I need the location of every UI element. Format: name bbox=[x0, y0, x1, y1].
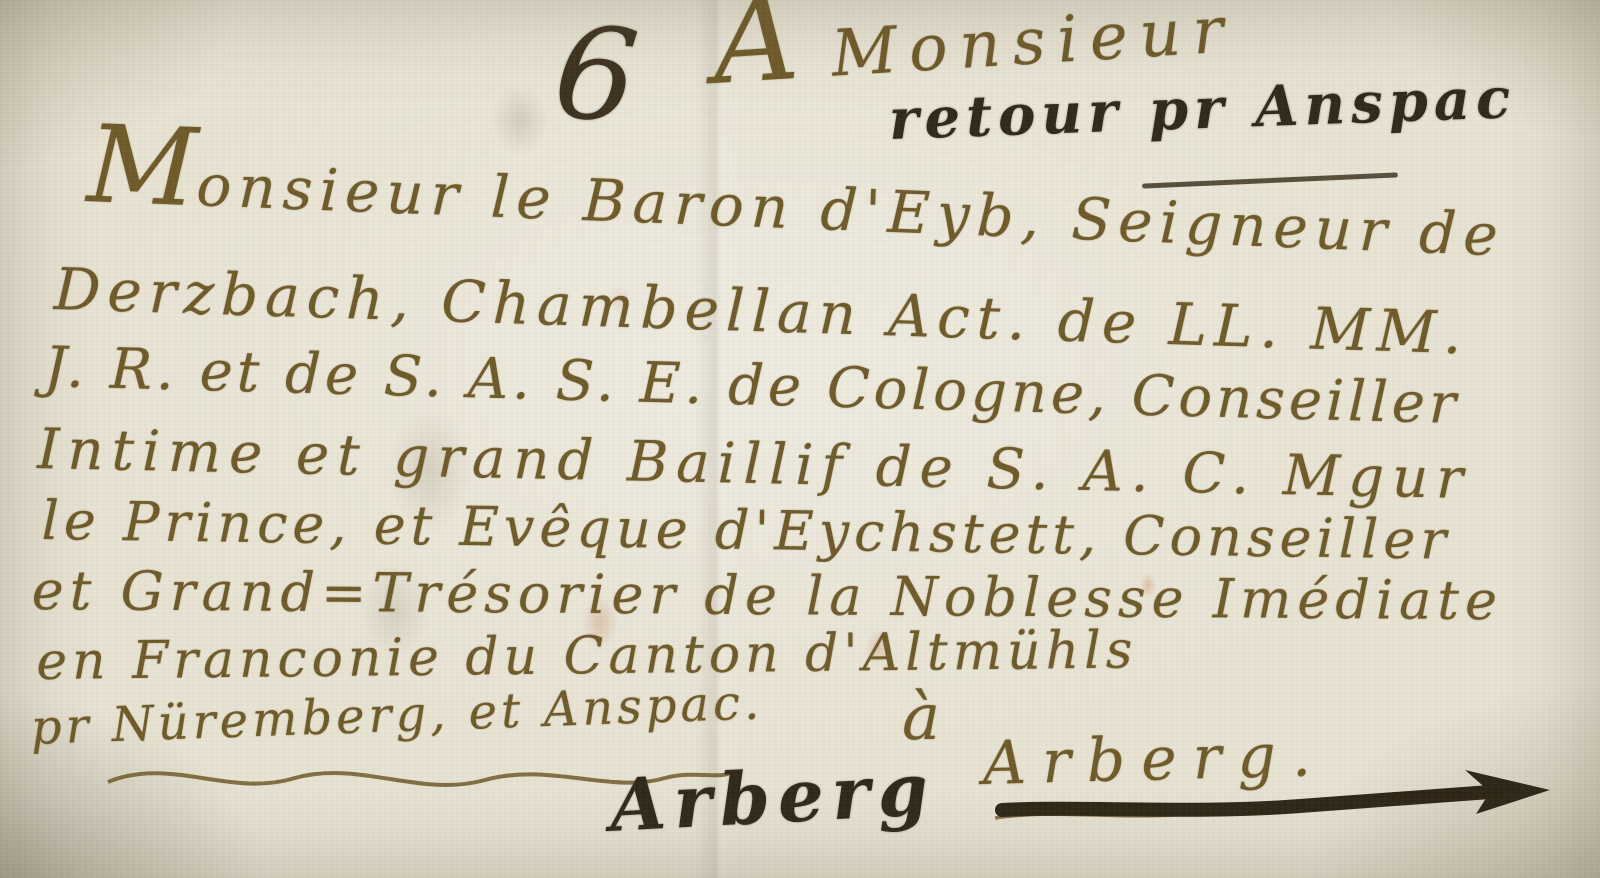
address-line-5: le Prince, et Evêque d'Eychstett, Consei… bbox=[41, 494, 1451, 568]
strikethrough-line bbox=[1142, 172, 1398, 188]
address-line-7: en Franconie du Canton d'Altmühls bbox=[36, 624, 1138, 688]
postal-destination-note: Arberg bbox=[608, 753, 938, 842]
letter-paper: 6 A Monsieur retour pr Anspac Monsieur l… bbox=[0, 0, 1600, 878]
destination-line: Arberg. bbox=[982, 725, 1328, 794]
postage-rate-number: 6 bbox=[549, 8, 643, 144]
arrowhead-icon bbox=[1465, 770, 1550, 814]
destination-preposition: à bbox=[902, 686, 940, 750]
address-line-1: Monsieur le Baron d'Eyb, Seigneur de bbox=[86, 152, 1506, 264]
address-line-6: et Grand=Trésorier de la Noblesse Imédia… bbox=[32, 564, 1504, 628]
